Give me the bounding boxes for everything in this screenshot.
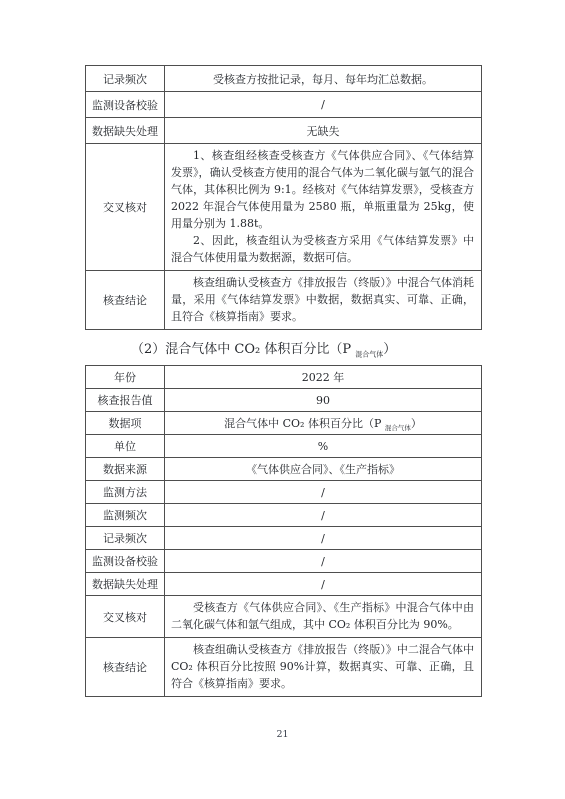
row-value: 受核查方按批记录，每月、每年均汇总数据。 (165, 66, 482, 92)
cross-check-paragraph: 2、因此，核查组认为受核查方采用《气体结算发票》中混合气体使用量为数据源，数据可… (171, 232, 474, 266)
row-value: / (165, 550, 482, 573)
table-row: 数据项 混合气体中 CO₂ 体积百分比（P 混合气体） (86, 412, 482, 435)
row-value: / (165, 481, 482, 504)
table-row: 监测设备校验 / (86, 92, 482, 118)
row-label: 核查结论 (86, 638, 165, 697)
section-heading-text: （2）混合气体中 CO₂ 体积百分比（P (131, 342, 355, 357)
row-value: 核查组确认受核查方《排放报告（终版）》中混合气体消耗量，采用《气体结算发票》中数… (165, 271, 482, 330)
data-item-subscript: 混合气体 (385, 424, 411, 432)
table-row: 数据来源 《气体供应合同》、《生产指标》 (86, 458, 482, 481)
row-label: 记录频次 (86, 527, 165, 550)
row-value: / (165, 504, 482, 527)
table-row: 交叉核对 受核查方《气体供应合同》、《生产指标》中混合气体中由二氧化碳气体和氩气… (86, 596, 482, 638)
page-number: 21 (0, 729, 565, 740)
row-label: 监测设备校验 (86, 550, 165, 573)
row-label: 交叉核对 (86, 596, 165, 638)
row-value: 1、核查组经核查受核查方《气体供应合同》、《气体结算发票》，确认受核查方使用的混… (165, 144, 482, 271)
cross-check-paragraph: 受核查方《气体供应合同》、《生产指标》中混合气体中由二氧化碳气体和氩气组成，其中… (171, 599, 474, 633)
row-value: 核查组确认受核查方《排放报告（终版）》中二混合气体中 CO₂ 体积百分比按照 9… (165, 638, 482, 697)
table-row: 数据缺失处理 / (86, 573, 482, 596)
row-value: 90 (165, 389, 482, 412)
row-value: 2022 年 (165, 366, 482, 389)
row-value: % (165, 435, 482, 458)
row-label: 单位 (86, 435, 165, 458)
table-row: 核查结论 核查组确认受核查方《排放报告（终版）》中二混合气体中 CO₂ 体积百分… (86, 638, 482, 697)
table-row: 核查结论 核查组确认受核查方《排放报告（终版）》中混合气体消耗量，采用《气体结算… (86, 271, 482, 330)
section-heading: （2）混合气体中 CO₂ 体积百分比（P 混合气体） (131, 338, 482, 357)
table-row: 监测频次 / (86, 504, 482, 527)
row-label: 核查结论 (86, 271, 165, 330)
table-row: 记录频次 / (86, 527, 482, 550)
table-row: 记录频次 受核查方按批记录，每月、每年均汇总数据。 (86, 66, 482, 92)
row-label: 交叉核对 (86, 144, 165, 271)
conclusion-paragraph: 核查组确认受核查方《排放报告（终版）》中二混合气体中 CO₂ 体积百分比按照 9… (171, 641, 474, 692)
table-row: 监测设备校验 / (86, 550, 482, 573)
table-row: 核查报告值 90 (86, 389, 482, 412)
row-label: 数据来源 (86, 458, 165, 481)
verification-table-gas-usage: 记录频次 受核查方按批记录，每月、每年均汇总数据。 监测设备校验 / 数据缺失处… (85, 65, 482, 330)
row-label: 监测频次 (86, 504, 165, 527)
document-content: 记录频次 受核查方按批记录，每月、每年均汇总数据。 监测设备校验 / 数据缺失处… (85, 65, 482, 697)
row-label: 数据缺失处理 (86, 118, 165, 144)
row-label: 年份 (86, 366, 165, 389)
row-label: 数据项 (86, 412, 165, 435)
section-heading-subscript: 混合气体 (355, 351, 383, 359)
row-label: 记录频次 (86, 66, 165, 92)
cross-check-paragraph: 1、核查组经核查受核查方《气体供应合同》、《气体结算发票》，确认受核查方使用的混… (171, 147, 474, 232)
row-value: 混合气体中 CO₂ 体积百分比（P 混合气体） (165, 412, 482, 435)
section-heading-close: ） (383, 342, 396, 357)
table-row: 监测方法 / (86, 481, 482, 504)
table-row: 交叉核对 1、核查组经核查受核查方《气体供应合同》、《气体结算发票》，确认受核查… (86, 144, 482, 271)
row-value: / (165, 527, 482, 550)
row-label: 监测方法 (86, 481, 165, 504)
row-label: 核查报告值 (86, 389, 165, 412)
row-value: 受核查方《气体供应合同》、《生产指标》中混合气体中由二氧化碳气体和氩气组成，其中… (165, 596, 482, 638)
data-item-text: 混合气体中 CO₂ 体积百分比（P (224, 417, 385, 430)
data-item-close: ） (411, 417, 422, 430)
table-row: 数据缺失处理 无缺失 (86, 118, 482, 144)
row-label: 数据缺失处理 (86, 573, 165, 596)
verification-table-co2-percentage: 年份 2022 年 核查报告值 90 数据项 混合气体中 CO₂ 体积百分比（P… (85, 365, 482, 697)
row-value: 《气体供应合同》、《生产指标》 (165, 458, 482, 481)
conclusion-paragraph: 核查组确认受核查方《排放报告（终版）》中混合气体消耗量，采用《气体结算发票》中数… (171, 274, 474, 325)
table-row: 单位 % (86, 435, 482, 458)
row-label: 监测设备校验 (86, 92, 165, 118)
row-value: 无缺失 (165, 118, 482, 144)
row-value: / (165, 573, 482, 596)
table-row: 年份 2022 年 (86, 366, 482, 389)
row-value: / (165, 92, 482, 118)
document-page: 记录频次 受核查方按批记录，每月、每年均汇总数据。 监测设备校验 / 数据缺失处… (0, 0, 565, 799)
